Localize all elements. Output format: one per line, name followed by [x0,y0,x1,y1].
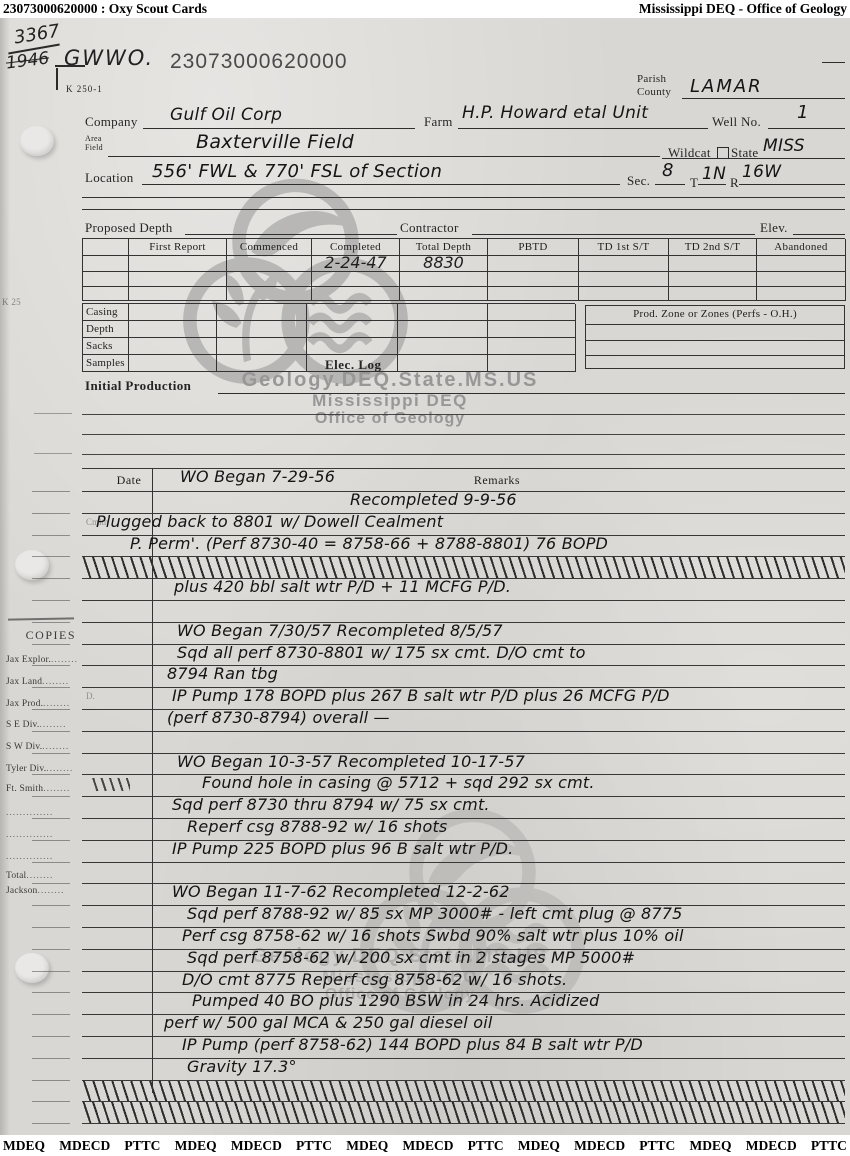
elev-label: Elev. [760,220,788,236]
casing-cell [129,338,217,355]
elec-log-label: Elec. Log [325,357,382,373]
handwritten-remark: IP Pump (perf 8758-62) 144 BOPD plus 84 … [182,1035,643,1054]
rule [586,324,844,325]
drill-table-cell [400,287,488,301]
company-value: Gulf Oil Corp [170,105,282,125]
copies-item-label: Jackson [6,886,37,896]
drill-table-cell [579,272,669,287]
footer-token: MDECD [746,1138,797,1154]
drill-table-handwritten-value: 8830 [400,253,487,272]
location-label: Location [85,170,134,186]
remarks-column-header: Remarks [422,473,572,488]
remarks-row: IP Pump (perf 8758-62) 144 BOPD plus 84 … [82,1037,845,1059]
drill-table-handwritten-value: 2-24-47 [312,253,399,272]
remarks-row [82,601,845,623]
handwritten-remark: plus 420 bbl salt wtr P/D + 11 MCFG P/D. [174,577,511,596]
date-column-divider [152,468,153,1093]
drill-table-cell [83,287,129,301]
margin-tick [32,1101,70,1102]
margin-tick [32,644,70,645]
margin-tick [32,535,70,536]
handwritten-remark: IP Pump 178 BOPD plus 267 B salt wtr P/D… [172,686,670,705]
handwritten-remark: Found hole in casing @ 5712 + sqd 292 sx… [202,773,595,792]
remarks-row: Perf csg 8758-62 w/ 16 shots Swbd 90% sa… [82,928,845,950]
county-label: County [637,86,671,98]
dotted-leader: ........ [43,784,70,794]
handwritten-remark: WO Began 7/30/57 Recompleted 8/5/57 [177,621,503,640]
dotted-leader: .............. [6,852,53,862]
drill-table-cell [129,287,227,301]
dotted-leader: ........ [39,720,66,730]
margin-tick [32,796,70,797]
remarks-row: Pumped 40 BO plus 1290 BSW in 24 hrs. Ac… [82,993,845,1015]
margin-tick [34,413,72,414]
handwritten-remark: Pumped 40 BO plus 1290 BSW in 24 hrs. Ac… [192,991,599,1010]
hole-punch [15,953,49,983]
area-label: Area [85,135,102,143]
underline [793,234,845,235]
dotted-leader: ........ [51,655,78,665]
handwritten-remark: perf w/ 500 gal MCA & 250 gal diesel oil [164,1013,493,1032]
casing-row-label: Depth [83,321,129,338]
casing-cell [217,321,307,338]
margin-tick [32,1058,70,1059]
company-label: Company [85,114,138,130]
footer-token: PTTC [124,1138,160,1154]
margin-tick [32,1080,70,1081]
squiggle-line [8,617,74,620]
rule [82,197,845,198]
handwritten-remark: Reperf csg 8788-92 w/ 16 shots [187,817,447,836]
remarks-row: DateRemarksWO Began 7-29-56 [82,469,845,492]
handwritten-remark: D/O cmt 8775 Reperf csg 8758-62 w/ 16 sh… [182,970,567,989]
remarks-row: WO Began 10-3-57 Recompleted 10-17-57 [82,754,845,776]
remarks-row: Gravity 17.3° [82,1059,845,1081]
drill-table-cell [488,256,579,272]
rule [82,454,845,455]
casing-cell [488,321,576,338]
remarks-row: Sqd perf 8730 thru 8794 w/ 75 sx cmt. [82,797,845,819]
casing-cell [398,338,488,355]
viewer-header-right: Mississippi DEQ - Office of Geology [639,1,847,17]
copies-item-label: Total [6,871,26,881]
township-value: 1N [702,164,726,184]
margin-form-number: K 25 [2,297,21,307]
footer-token: PTTC [639,1138,675,1154]
margin-tick [32,731,70,732]
margin-tick [32,949,70,950]
handwritten-year: 1946 [5,48,50,73]
handwritten-remark: Recompleted 9-9-56 [350,490,517,509]
copies-blank-line: .............. [6,830,53,840]
dotted-leader: .............. [6,808,53,818]
footer-token: MDECD [59,1138,110,1154]
remarks-row: WO Began 7/30/57 Recompleted 8/5/57 [82,623,845,645]
prod-zone-label: Prod. Zone or Zones (Perfs - O.H.) [586,306,844,320]
drilling-dates-table: First ReportCommencedCompletedTotal Dept… [82,238,845,301]
handwritten-remark: Perf csg 8758-62 w/ 16 shots Swbd 90% sa… [182,926,684,945]
hole-punch [20,126,54,156]
casing-cell [129,321,217,338]
casing-cell [129,355,217,372]
casing-cell [398,355,488,372]
proposed-depth-label: Proposed Depth [85,220,173,236]
initial-production-label: Initial Production [85,378,191,394]
underline [822,62,845,63]
casing-cell [398,321,488,338]
township-label: T [690,175,698,191]
casing-cell [217,338,307,355]
margin-tick [32,1014,70,1015]
drill-table-header-cell: PBTD [488,239,579,256]
api-number: 23073000620000 [170,50,348,74]
remarks-row: plus 420 bbl salt wtr P/D + 11 MCFG P/D. [82,579,845,601]
casing-cell [217,355,307,372]
hatched-band [82,1102,845,1124]
underline [682,98,845,99]
copies-item: Tyler Div......... [6,764,73,774]
margin-tick [34,453,72,454]
footer-token: PTTC [296,1138,332,1154]
remarks-row: WO Began 11-7-62 Recompleted 12-2-62 [82,884,845,906]
casing-row-label: Casing [83,304,129,321]
margin-tick [32,556,70,557]
drill-table-cell [757,287,846,301]
dotted-leader: ........ [37,886,64,896]
remarks-row: P. Perm'. (Perf 8730-40 = 8758-66 + 8788… [82,536,845,558]
drill-table-cell [83,256,129,272]
copies-item-label: S W Div. [6,742,42,752]
casing-cell [129,304,217,321]
margin-tick [32,491,70,492]
margin-tick [32,992,70,993]
remarks-row: (perf 8730-8794) overall — [82,710,845,732]
underline [108,156,660,157]
drill-table-cell [488,272,579,287]
footer-token: MDEQ [518,1138,560,1154]
dotted-leader: ........ [26,871,53,881]
rule [82,209,845,210]
casing-row-label: Samples [83,355,129,372]
remarks-row: Sqd perf 8758-62 w/ 200 sx cmt in 2 stag… [82,950,845,972]
margin-tick [32,927,70,928]
remarks-row: Plugged back to 8801 w/ Dowell CealmentC… [82,514,845,536]
date-column-header: Date [104,473,154,488]
handwritten-remark: (perf 8730-8794) overall — [167,708,390,727]
dotted-leader: ........ [46,764,73,774]
drill-table-cell [312,272,400,287]
drill-table-header-cell: Commenced [227,239,312,256]
viewer-header-bar: 23073000620000 : Oxy Scout Cards Mississ… [0,0,850,18]
parish-label: Parish [637,73,666,85]
remarks-row: Sqd perf 8788-92 w/ 85 sx MP 3000# - lef… [82,906,845,928]
copies-item-label: Ft. Smith [6,784,43,794]
remarks-row: D/O cmt 8775 Reperf csg 8758-62 w/ 16 sh… [82,972,845,994]
underline [472,234,755,235]
drill-table-header-cell: First Report [129,239,227,256]
underline [218,393,845,394]
farm-value: H.P. Howard etal Unit [462,103,648,123]
handwritten-remark: WO Began 11-7-62 Recompleted 12-2-62 [172,882,510,901]
parish-county-value: LAMAR [690,76,763,97]
copies-item: Ft. Smith........ [6,784,70,794]
handwritten-remark: Sqd all perf 8730-8801 w/ 175 sx cmt. D/… [177,643,586,662]
field-label: Field [85,144,103,152]
drill-table-cell [488,287,579,301]
margin-tick [32,753,70,754]
footer-token: MDEQ [3,1138,45,1154]
margin-tick [32,687,70,688]
drill-table-header-cell: Abandoned [757,239,846,256]
copies-blank-line: .............. [6,808,53,818]
drill-table-cell [227,287,312,301]
copies-item-label: S E Div. [6,720,39,730]
date-column-hatch-mark [90,778,130,791]
remarks-row: Recompleted 9-9-56 [82,492,845,514]
copies-item-label: Jax Explor. [6,655,51,665]
copies-item: Jax Prod......... [6,699,70,709]
remarks-row: perf w/ 500 gal MCA & 250 gal diesel oil [82,1015,845,1037]
dotted-leader: ........ [42,742,69,752]
drill-table-cell [757,256,846,272]
remarks-row: IP Pump 178 BOPD plus 267 B salt wtr P/D… [82,688,845,710]
rule [82,434,845,435]
scanned-scout-card: Geology.DEQ.State.MS.US Mississippi DEQ … [0,18,850,1135]
remarks-row: Found hole in casing @ 5712 + sqd 292 sx… [82,775,845,797]
well-no-value: 1 [797,102,809,123]
footer-token: MDECD [402,1138,453,1154]
footer-token: PTTC [468,1138,504,1154]
farm-label: Farm [424,114,453,130]
casing-cell [307,304,398,321]
underline [768,128,845,129]
drill-table-cell [312,287,400,301]
casing-cell [488,304,576,321]
remarks-row: Sqd all perf 8730-8801 w/ 175 sx cmt. D/… [82,645,845,667]
drill-table-header-cell [83,239,129,256]
viewer-header-left: 23073000620000 : Oxy Scout Cards [3,1,207,17]
drill-table-cell [227,272,312,287]
margin-tick [32,600,70,601]
contractor-label: Contractor [400,220,459,236]
margin-tick [32,971,70,972]
hatched-band [82,557,845,579]
form-number: K 250-1 [66,84,103,94]
remarks-table: DateRemarksWO Began 7-29-56Recompleted 9… [82,468,845,1124]
drill-table-header-cell: TD 2nd S/T [669,239,757,256]
handwritten-remark: Sqd perf 8788-92 w/ 85 sx MP 3000# - lef… [187,904,683,923]
location-value: 556' FWL & 770' FSL of Section [152,161,442,182]
casing-row-label: Sacks [83,338,129,355]
handwritten-remark: WO Began 7-29-56 [180,467,335,486]
casing-cell [488,338,576,355]
casing-cell [488,355,576,372]
copies-blank-line: .............. [6,852,53,862]
underline [185,234,397,235]
underline-stroke [55,65,85,67]
drill-table-cell [669,287,757,301]
copies-item-label: Jax Prod. [6,699,43,709]
footer-token: MDECD [231,1138,282,1154]
drill-table-cell [83,272,129,287]
sec-label: Sec. [627,173,650,189]
footer-token: MDECD [574,1138,625,1154]
copies-item-label: Jax Land [6,677,42,687]
casing-cell [217,304,307,321]
margin-tick [32,622,70,623]
underline [739,184,845,185]
dotted-leader: .............. [6,830,53,840]
footer-token: MDEQ [346,1138,388,1154]
rule [586,355,844,356]
state-value: MISS [763,136,805,156]
margin-tick [32,1036,70,1037]
drill-table-header-cell: TD 1st S/T [579,239,669,256]
copies-item: S W Div......... [6,742,69,752]
margin-tick [32,1123,70,1124]
margin-tick [32,774,70,775]
drill-table-cell [757,272,846,287]
rule [82,414,845,415]
drill-table-cell: 8830 [400,256,488,272]
margin-tick [32,818,70,819]
drill-table-cell: 2-24-47 [312,256,400,272]
handwritten-remark: Sqd perf 8730 thru 8794 w/ 75 sx cmt. [172,795,490,814]
underline [142,184,620,185]
date-column-note: D. [86,691,95,701]
margin-tick [32,709,70,710]
sec-value: 8 [662,160,674,181]
underline [143,128,415,129]
handwritten-remark: Gravity 17.3° [187,1057,297,1076]
casing-cell [307,338,398,355]
drill-table-cell [129,272,227,287]
drill-table-cell [579,256,669,272]
handwritten-remark: P. Perm'. (Perf 8730-40 = 8758-66 + 8788… [130,534,608,553]
handwritten-remark: IP Pump 225 BOPD plus 96 B salt wtr P/D. [172,839,513,858]
remarks-row [82,863,845,885]
copies-item: Jax Explor......... [6,655,78,665]
underline [458,128,708,129]
handwritten-remark: Plugged back to 8801 w/ Dowell Cealment [96,512,443,531]
underline [698,184,726,185]
dotted-leader: ........ [43,699,70,709]
handwritten-remark: 8794 Ran tbg [167,664,278,683]
drill-table-cell [669,256,757,272]
handwritten-remark: WO Began 10-3-57 Recompleted 10-17-57 [177,752,525,771]
rule [586,340,844,341]
margin-tick [32,665,70,666]
underline [662,158,845,159]
well-no-label: Well No. [712,114,761,130]
viewer-footer-bar: MDEQMDECDPTTCMDEQMDECDPTTCMDEQMDECDPTTCM… [0,1135,850,1156]
remarks-row: Reperf csg 8788-92 w/ 16 shots [82,819,845,841]
footer-token: MDEQ [175,1138,217,1154]
margin-tick [32,578,70,579]
field-value: Baxterville Field [196,131,354,153]
copies-item-label: Tyler Div. [6,764,46,774]
drill-table-cell [400,272,488,287]
margin-tick [32,513,70,514]
range-label: R [730,175,739,191]
hole-punch [15,550,49,580]
drill-table-cell [669,272,757,287]
margin-tick [32,883,70,884]
margin-tick [32,905,70,906]
copies-title: COPIES [4,628,76,643]
drill-table-cell [227,256,312,272]
copies-item: S E Div......... [6,720,66,730]
watermark-text: Geology.DEQ.State.MS.US Mississippi DEQ … [180,370,600,427]
dotted-leader: ........ [42,677,69,687]
casing-cell [307,321,398,338]
underline [655,184,685,185]
range-value: 16W [742,162,781,182]
drill-table-cell [579,287,669,301]
copies-item: Jackson........ [6,886,64,896]
remarks-row: 8794 Ran tbg [82,666,845,688]
casing-cell [398,304,488,321]
prod-zone-box: Prod. Zone or Zones (Perfs - O.H.) [585,305,845,369]
remarks-row: IP Pump 225 BOPD plus 96 B salt wtr P/D. [82,841,845,863]
footer-token: PTTC [811,1138,847,1154]
remarks-row [82,732,845,754]
handwritten-remark: Sqd perf 8758-62 w/ 200 sx cmt in 2 stag… [187,948,635,967]
copies-item: Jax Land........ [6,677,69,687]
footer-token: MDEQ [690,1138,732,1154]
drill-table-cell [129,256,227,272]
copies-item: Total........ [6,871,53,881]
hatched-band [82,1081,845,1103]
